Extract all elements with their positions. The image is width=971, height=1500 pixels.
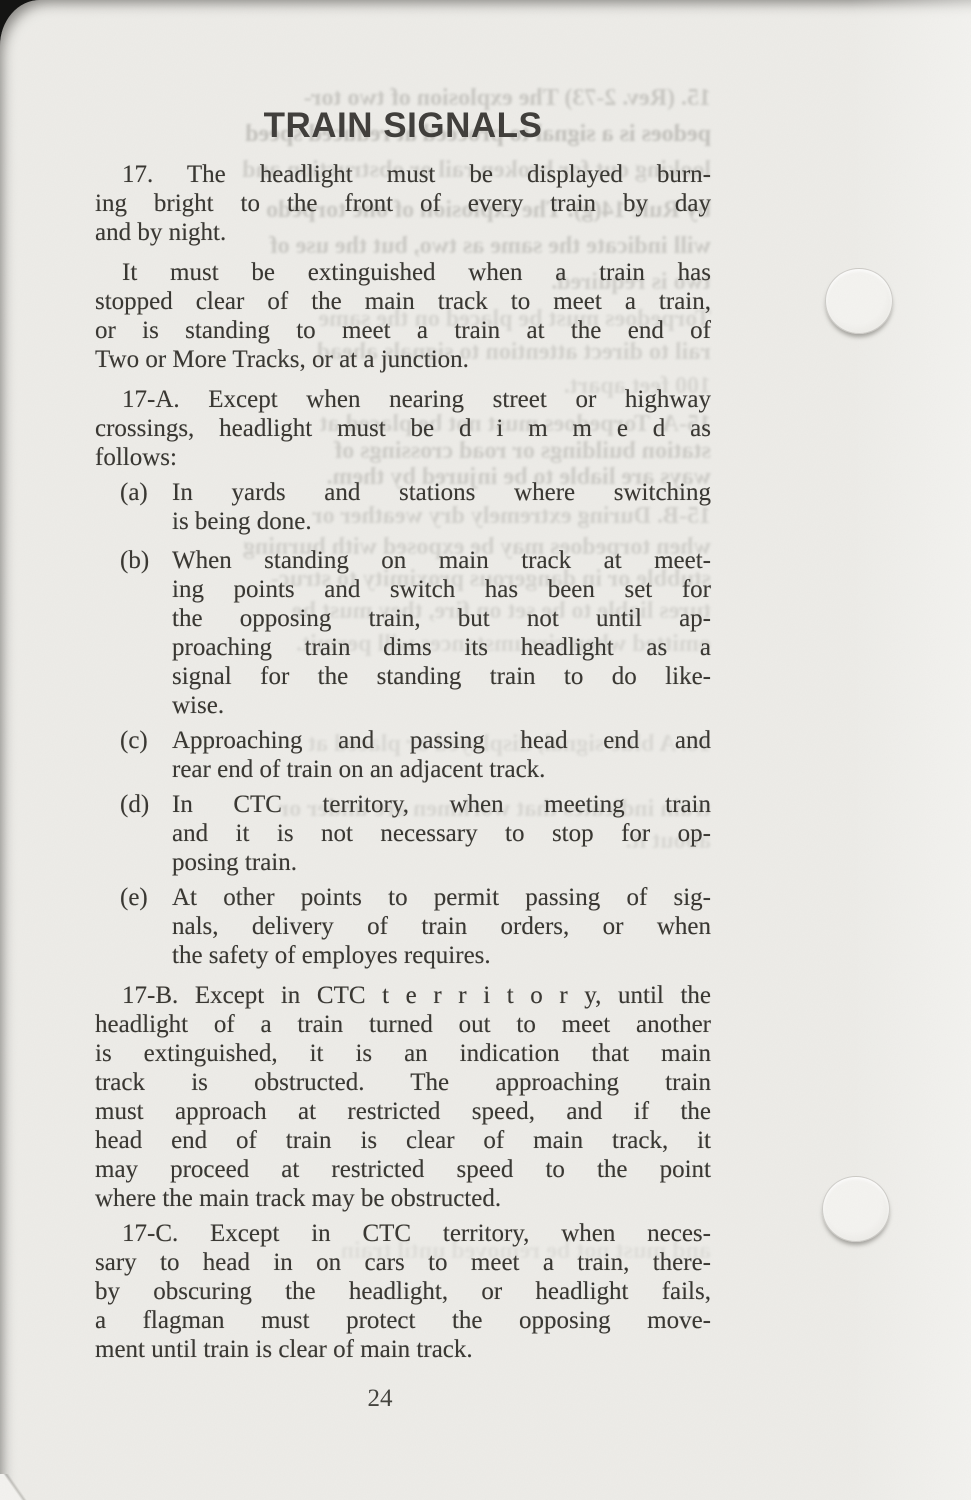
right-edge-lighting (851, 0, 971, 1500)
rule-17A-item-a: (a)In yards and stations where switching… (95, 478, 711, 536)
text-line: the safety of employes requires. (172, 941, 711, 970)
text-line: may proceed at restricted speed to the p… (95, 1155, 711, 1184)
text-line: It must be extinguished when a train has (95, 258, 711, 287)
text-line: head end of train is clear of main track… (95, 1126, 711, 1155)
text-line: the opposing train, but not until ap- (172, 604, 711, 633)
text-line: 17-C. Except in CTC territory, when nece… (95, 1219, 711, 1248)
text-line: ing points and switch has been set for (172, 575, 711, 604)
text-line: proaching train dims its headlight as a (172, 633, 711, 662)
rule-17C-paragraph: 17-C. Except in CTC territory, when nece… (95, 1219, 711, 1364)
text-line: wise. (172, 691, 711, 720)
item-label: (a) (120, 478, 148, 507)
rule-17B-paragraph: 17-B. Except in CTC t e r r i t o r y, u… (95, 981, 711, 1213)
text-line: In yards and stations where switching (172, 478, 711, 507)
corner-fold-bottom-left (0, 1474, 30, 1500)
text-line: At other points to permit passing of sig… (172, 883, 711, 912)
text-line: headlight of a train turned out to meet … (95, 1010, 711, 1039)
rule-17A-item-c: (c)Approaching and passing head end andr… (95, 726, 711, 784)
text-line: In CTC territory, when meeting train (172, 790, 711, 819)
page-number: 24 (95, 1384, 665, 1414)
text-line: or is standing to meet a train at the en… (95, 316, 711, 345)
text-line: rear end of train on an adjacent track. (172, 755, 711, 784)
text-line: signal for the standing train to do like… (172, 662, 711, 691)
item-label: (b) (120, 546, 149, 575)
scanned-page: 15. (Rev. 2-73) The explosion of two tor… (0, 0, 971, 1500)
text-line: by obscuring the headlight, or headlight… (95, 1277, 711, 1306)
item-label: (e) (120, 883, 148, 912)
punch-hole-top (825, 268, 893, 334)
text-line: is being done. (172, 507, 711, 536)
text-line: sary to head in on cars to meet a train,… (95, 1248, 711, 1277)
text-line: must approach at restricted speed, and i… (95, 1097, 711, 1126)
rule-17A-item-b: (b)When standing on main track at meet-i… (95, 546, 711, 720)
text-line: ing bright to the front of every train b… (95, 189, 711, 218)
text-line: Two or More Tracks, or at a junction. (95, 345, 711, 374)
rule-17A-item-e: (e)At other points to permit passing of … (95, 883, 711, 970)
item-label: (c) (120, 726, 148, 755)
text-line: is extinguished, it is an indication tha… (95, 1039, 711, 1068)
text-line: track is obstructed. The approaching tra… (95, 1068, 711, 1097)
punch-hole-bottom (822, 1176, 890, 1242)
text-line: posing train. (172, 848, 711, 877)
paper-surface: 15. (Rev. 2-73) The explosion of two tor… (0, 0, 971, 1500)
text-line: 17-B. Except in CTC t e r r i t o r y, u… (95, 981, 711, 1010)
text-line: nals, delivery of train orders, or when (172, 912, 711, 941)
rule-17-continuation-paragraph: It must be extinguished when a train has… (95, 258, 711, 374)
text-line: a flagman must protect the opposing move… (95, 1306, 711, 1335)
text-line: follows: (95, 443, 711, 472)
item-label: (d) (120, 790, 149, 819)
text-line: 17-A. Except when nearing street or high… (95, 385, 711, 414)
text-line: 17. The headlight must be displayed burn… (95, 160, 711, 189)
rule-17A-paragraph: 17-A. Except when nearing street or high… (95, 385, 711, 472)
page-title: TRAIN SIGNALS (95, 106, 711, 146)
text-line: Approaching and passing head end and (172, 726, 711, 755)
text-line: ment until train is clear of main track. (95, 1335, 711, 1364)
text-line: and it is not necessary to stop for op- (172, 819, 711, 848)
text-column: TRAIN SIGNALS 17. The headlight must be … (95, 0, 711, 1364)
text-line: crossings, headlight must be d i m m e d… (95, 414, 711, 443)
text-line: where the main track may be obstructed. (95, 1184, 711, 1213)
rule-17A-item-d: (d)In CTC territory, when meeting traina… (95, 790, 711, 877)
rule-17-paragraph: 17. The headlight must be displayed burn… (95, 160, 711, 247)
text-line: and by night. (95, 218, 711, 247)
text-line: When standing on main track at meet- (172, 546, 711, 575)
text-line: stopped clear of the main track to meet … (95, 287, 711, 316)
